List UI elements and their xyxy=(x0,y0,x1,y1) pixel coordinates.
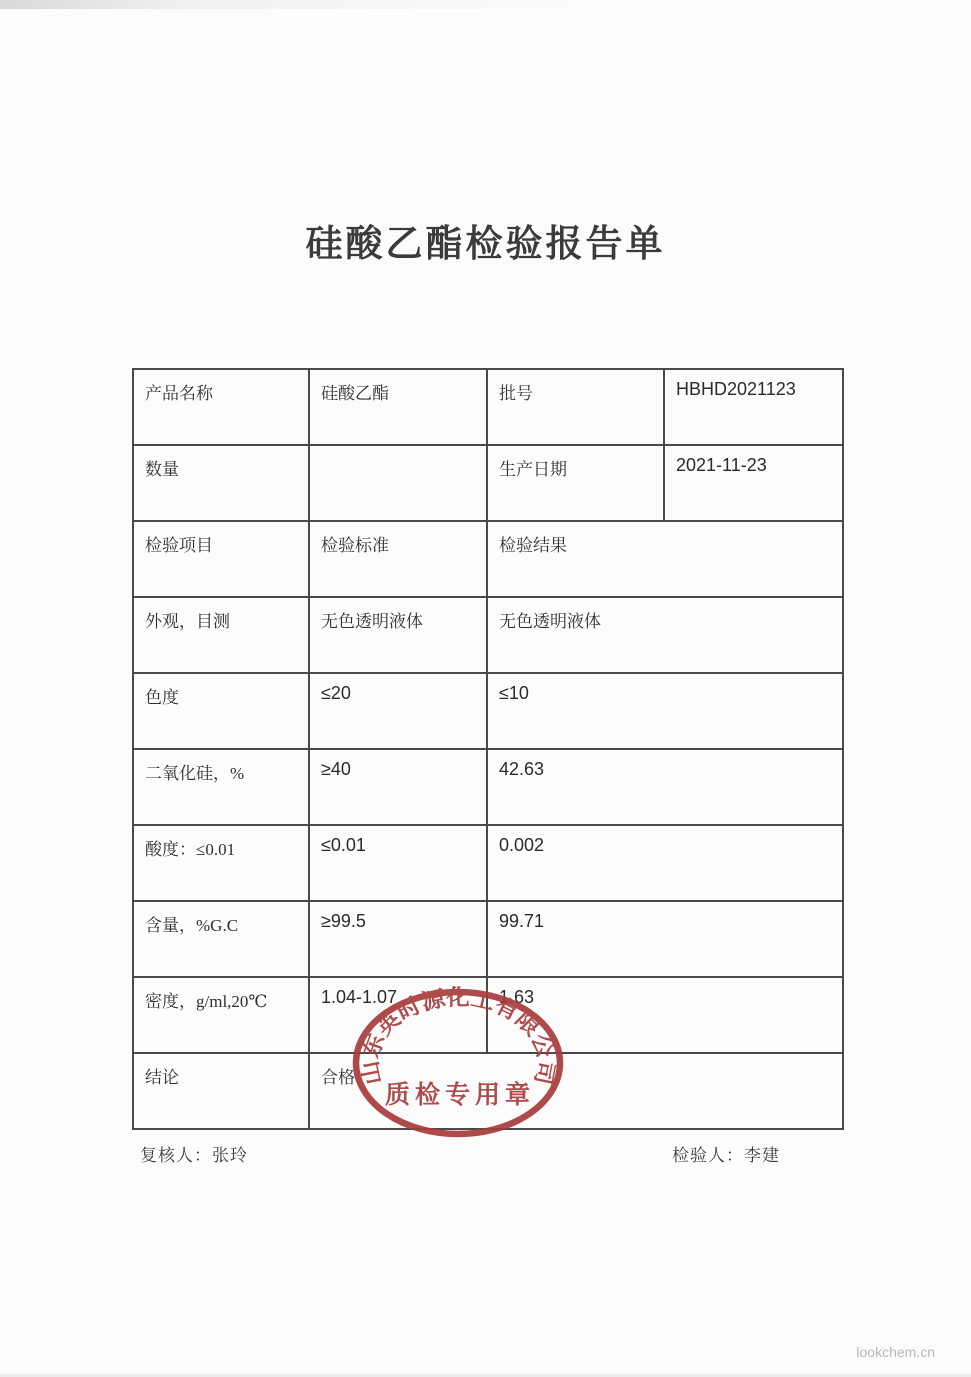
col-result-header: 检验结果 xyxy=(487,521,843,597)
qc-stamp: 山东英时源化工有限公司 质检专用章 xyxy=(338,975,578,1155)
site-watermark: lookchem.cn xyxy=(856,1344,935,1360)
scan-artifact-top xyxy=(0,0,620,9)
spec-row-acidity: 酸度：≤0.01 ≤0.01 0.002 xyxy=(133,825,843,901)
spec-result-cell: 99.71 xyxy=(487,901,843,977)
spec-row-content: 含量，%G.C ≥99.5 99.71 xyxy=(133,901,843,977)
stamp-caption-text: 质检专用章 xyxy=(385,1080,535,1109)
batch-value-cell: HBHD2021123 xyxy=(664,369,843,445)
spec-item-cell: 二氧化硅，% xyxy=(133,749,309,825)
col-standard-header: 检验标准 xyxy=(309,521,487,597)
quantity-label-cell: 数量 xyxy=(133,445,309,521)
reviewer-signature: 复核人：张玲 xyxy=(140,1141,248,1166)
spec-item-cell: 酸度：≤0.01 xyxy=(133,825,309,901)
product-row: 产品名称 硅酸乙酯 批号 HBHD2021123 xyxy=(133,369,843,445)
spec-row-color: 色度 ≤20 ≤10 xyxy=(133,673,843,749)
conclusion-label-cell: 结论 xyxy=(133,1053,309,1129)
spec-row-silica: 二氧化硅，% ≥40 42.63 xyxy=(133,749,843,825)
product-value-cell: 硅酸乙酯 xyxy=(309,369,487,445)
spec-item-cell: 含量，%G.C xyxy=(133,901,309,977)
scanned-report-page: { "report": { "title": "硅酸乙酯检验报告单", "inf… xyxy=(0,0,971,1377)
column-header-row: 检验项目 检验标准 检验结果 xyxy=(133,521,843,597)
date-value-cell: 2021-11-23 xyxy=(664,445,843,521)
product-label-cell: 产品名称 xyxy=(133,369,309,445)
spec-item-cell: 外观，目测 xyxy=(133,597,309,673)
spec-result-cell: 无色透明液体 xyxy=(487,597,843,673)
stamp-company-text: 山东英时源化工有限公司 xyxy=(357,985,559,1087)
date-label-cell: 生产日期 xyxy=(487,445,664,521)
spec-standard-cell: ≤0.01 xyxy=(309,825,487,901)
inspector-signature: 检验人：李建 xyxy=(672,1141,780,1166)
spec-standard-cell: ≥99.5 xyxy=(309,901,487,977)
spec-result-cell: 0.002 xyxy=(487,825,843,901)
col-item-header: 检验项目 xyxy=(133,521,309,597)
spec-result-cell: ≤10 xyxy=(487,673,843,749)
quantity-row: 数量 生产日期 2021-11-23 xyxy=(133,445,843,521)
spec-standard-cell: ≥40 xyxy=(309,749,487,825)
quantity-value-cell xyxy=(309,445,487,521)
spec-standard-cell: ≤20 xyxy=(309,673,487,749)
spec-standard-cell: 无色透明液体 xyxy=(309,597,487,673)
spec-result-cell: 42.63 xyxy=(487,749,843,825)
spec-item-cell: 色度 xyxy=(133,673,309,749)
report-title: 硅酸乙酯检验报告单 xyxy=(0,213,971,267)
spec-row-appearance: 外观，目测 无色透明液体 无色透明液体 xyxy=(133,597,843,673)
spec-item-cell: 密度，g/ml,20℃ xyxy=(133,977,309,1053)
batch-label-cell: 批号 xyxy=(487,369,664,445)
